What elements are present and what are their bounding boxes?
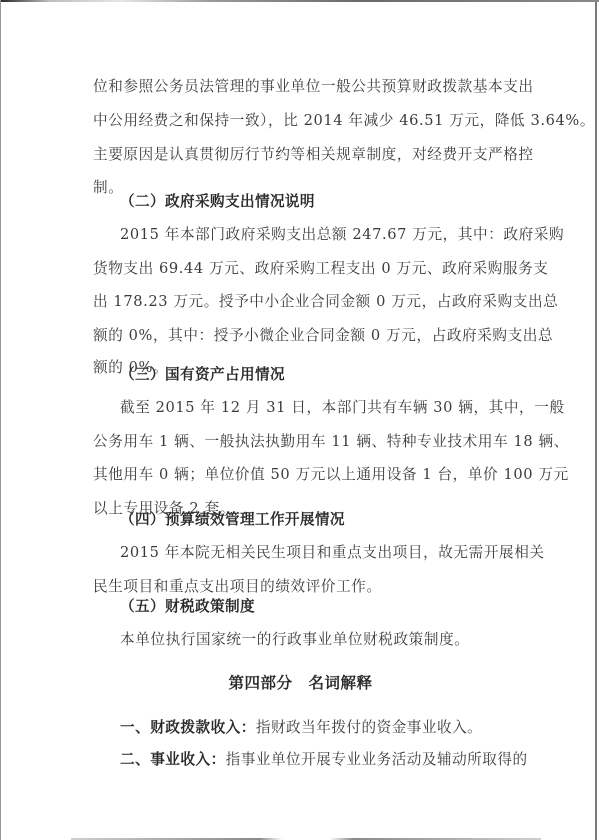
- paragraph-line: 民生项目和重点支出项目的绩效评价工作。: [93, 577, 513, 597]
- section-heading-tax-policy: （五）财税政策制度: [120, 597, 255, 617]
- section-heading-procurement: （二）政府采购支出情况说明: [120, 192, 315, 212]
- section-heading-performance: （四）预算绩效管理工作开展情况: [120, 510, 345, 530]
- term-label: 二、事业收入：: [120, 751, 226, 768]
- paragraph-line: 2015 年本院无相关民生项目和重点支出项目，故无需开展相关: [120, 543, 540, 563]
- paragraph-line: 2015 年本部门政府采购支出总额 247.67 万元，其中：政府采购: [120, 225, 540, 245]
- part-title: 第四部分 名词解释: [1, 672, 599, 694]
- paragraph-line: 货物支出 69.44 万元、政府采购工程支出 0 万元、政府采购服务支: [93, 259, 513, 279]
- paragraph-line: 位和参照公务员法管理的事业单位一般公共预算财政拨款基本支出: [93, 77, 513, 97]
- paragraph-line: 其他用车 0 辆；单位价值 50 万元以上通用设备 1 台，单价 100 万元: [93, 465, 513, 485]
- document-page: 位和参照公务员法管理的事业单位一般公共预算财政拨款基本支出 中公用经费之和保持一…: [0, 0, 597, 840]
- paragraph-line: 本单位执行国家统一的行政事业单位财税政策制度。: [120, 630, 540, 650]
- paragraph-line: 主要原因是认真贯彻厉行节约等相关规章制度，对经费开支严格控: [93, 145, 513, 165]
- paragraph-line: 中公用经费之和保持一致），比 2014 年减少 46.51 万元，降低 3.64…: [93, 111, 513, 131]
- section-heading-state-assets: （三）国有资产占用情况: [120, 365, 285, 385]
- paragraph-line: 公务用车 1 辆、一般执法执勤用车 11 辆、特种专业技术用车 18 辆、: [93, 432, 513, 452]
- paragraph-line: 截至 2015 年 12 月 31 日，本部门共有车辆 30 辆，其中，一般: [120, 398, 540, 418]
- term-label: 一、财政拨款收入：: [120, 719, 256, 736]
- paragraph-line: 额的 0%，其中：授予小微企业合同金额 0 万元，占政府采购支出总: [93, 326, 513, 346]
- term-definition: 指事业单位开展专业业务活动及辅动所取得的: [226, 751, 528, 768]
- paragraph-line: 出 178.23 万元。授予中小企业合同金额 0 万元，占政府采购支出总: [93, 292, 513, 312]
- term-definition-row: 一、财政拨款收入：指财政当年拨付的资金事业收入。: [120, 718, 482, 738]
- scan-top-edge: [1, 0, 599, 2]
- term-definition: 指财政当年拨付的资金事业收入。: [256, 719, 482, 736]
- term-definition-row: 二、事业收入：指事业单位开展专业业务活动及辅动所取得的: [120, 750, 528, 770]
